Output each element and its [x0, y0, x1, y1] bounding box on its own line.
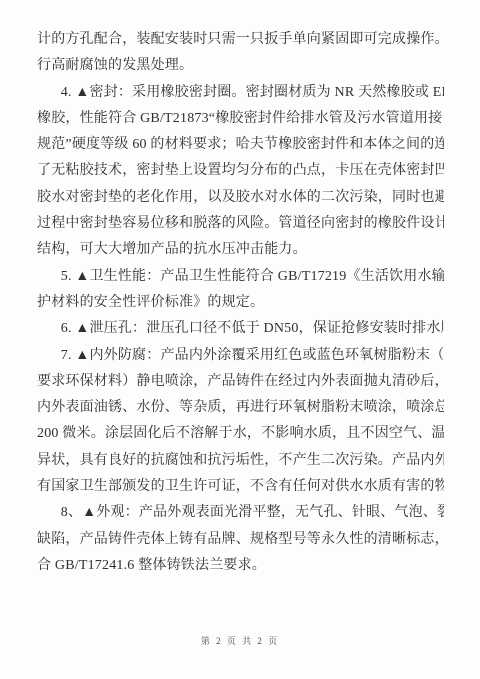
text-line: 缺陷，产品铸件壳体上铸有品牌、规格型号等永久性的清晰标志，管卡法兰符	[37, 527, 444, 553]
text-line: 有国家卫生部颁发的卫生许可证，不含有任何对供水水质有害的物质。	[37, 474, 444, 500]
text-line: 护材料的安全性评价标准》的规定。	[37, 290, 444, 316]
text-line: 异状，具有良好的抗腐蚀和抗污垢性，不产生二次污染。产品内外涂覆材料具	[37, 448, 444, 474]
text-line: 了无粘胶技术，密封垫上设置均匀分布的凸点，卡压在壳体密封凹槽内，避免	[37, 158, 444, 184]
text-line: 6. ▲泄压孔：泄压孔口径不低于 DN50，保证抢修安装时排水顺畅。	[37, 316, 444, 342]
text-line: 规范”硬度等级 60 的材料要求；哈夫节橡胶密封件和本体之间的连接方式采用	[37, 132, 444, 158]
text-line: 胶水对密封垫的老化作用，以及胶水对水体的二次污染，同时也避免带压施工	[37, 185, 444, 211]
text-line: 4. ▲密封：采用橡胶密封圈。密封圈材质为 NR 天然橡胶或 EPDM 三元乙丙	[37, 80, 444, 106]
document-body: 计的方孔配合，装配安装时只需一只扳手单向紧固即可完成操作。配置螺栓进行高耐腐蚀的…	[37, 27, 444, 579]
text-line: 内外表面油锈、水份、等杂质，再进行环氧树脂粉末喷涂，喷涂总厚度不低于	[37, 395, 444, 421]
text-line: 合 GB/T17241.6 整体铸铁法兰要求。	[37, 553, 444, 579]
page-number: 第 2 页 共 2 页	[0, 634, 480, 647]
text-line: 结构，可大大增加产品的抗水压冲击能力。	[37, 237, 444, 263]
text-line: 橡胶，性能符合 GB/T21873“橡胶密封件给排水管及污水管道用接口密封圈材料	[37, 106, 444, 132]
text-line: 行高耐腐蚀的发黑处理。	[37, 53, 444, 79]
text-line: 8、▲外观：产品外观表面光滑平整，无气孔、针眼、气泡、裂纹等显著性	[37, 500, 444, 526]
text-line: 5. ▲卫生性能：产品卫生性能符合 GB/T17219《生活饮用水输配水设备及防	[37, 264, 444, 290]
text-line: 计的方孔配合，装配安装时只需一只扳手单向紧固即可完成操作。配置螺栓进	[37, 27, 444, 53]
text-line: 200 微米。涂层固化后不溶解于水，不影响水质，且不因空气、温度变化而发生	[37, 421, 444, 447]
text-line: 要求环保材料）静电喷涂，产品铸件在经过内外表面抛丸清砂后，清理掉铸件	[37, 369, 444, 395]
text-line: 过程中密封垫容易位移和脱落的风险。管道径向密封的橡胶件设计为齿形密封	[37, 211, 444, 237]
text-line: 7. ▲内外防腐：产品内外涂覆采用红色或蓝色环氧树脂粉末（或其他更高	[37, 343, 444, 369]
scanned-document-page: 计的方孔配合，装配安装时只需一只扳手单向紧固即可完成操作。配置螺栓进行高耐腐蚀的…	[0, 0, 480, 679]
